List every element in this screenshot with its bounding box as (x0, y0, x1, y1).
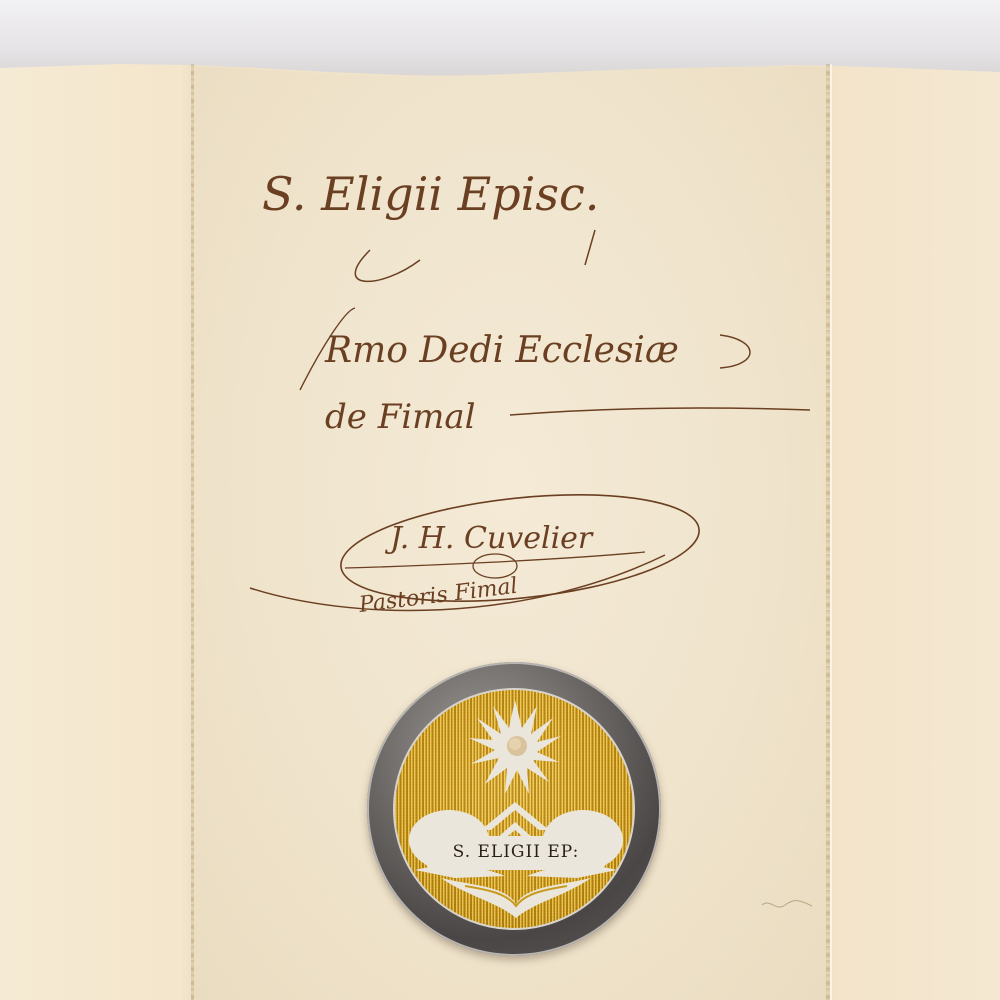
reliquary-window: S. ELIGII EP: (393, 688, 635, 930)
fold-line-left (191, 64, 194, 1000)
reliquary-theca: S. ELIGII EP: (367, 662, 661, 956)
sunburst-icon (469, 700, 561, 794)
paper-cut-ornament (395, 690, 635, 930)
reliquary-label: S. ELIGII EP: (395, 842, 635, 862)
fold-line-right (826, 64, 830, 1000)
